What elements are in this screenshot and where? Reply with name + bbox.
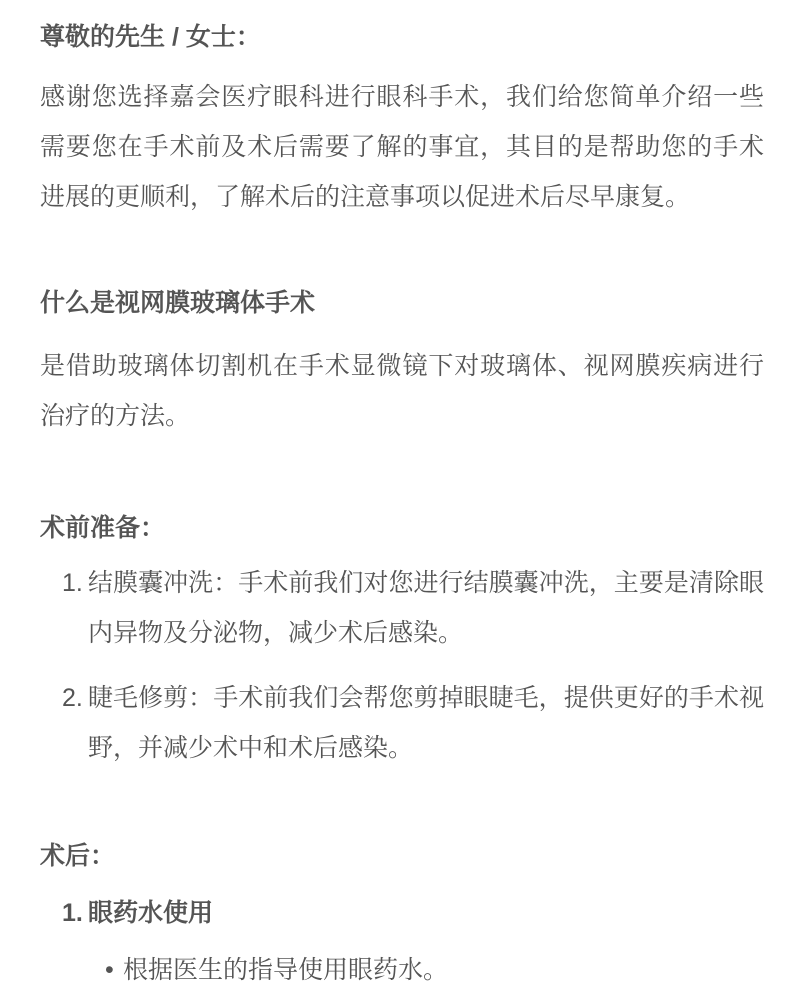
document-page: { "page": { "background": "#ffffff", "te…	[0, 0, 790, 1006]
pre-op-list: 1. 结膜囊冲洗：手术前我们对您进行结膜囊冲洗，主要是清除眼内异物及分泌物，减少…	[40, 558, 764, 773]
salutation-heading: 尊敬的先生 / 女士：	[40, 22, 764, 52]
surgery-instructions-document: 尊敬的先生 / 女士： 感谢您选择嘉会医疗眼科进行眼科手术，我们给您简单介绍一些…	[0, 0, 790, 995]
bullet-text: 根据医生的指导使用眼药水。	[123, 945, 764, 995]
list-item-text: 睫毛修剪：手术前我们会帮您剪掉眼睫毛，提供更好的手术视野，并减少术中和术后感染。	[88, 673, 764, 773]
post-op-list: 1. 眼药水使用	[40, 888, 764, 938]
list-item-number: 2.	[62, 673, 88, 773]
list-item-title: 眼药水使用	[88, 888, 764, 938]
list-item-text: 结膜囊冲洗：手术前我们对您进行结膜囊冲洗，主要是清除眼内异物及分泌物，减少术后感…	[88, 558, 764, 658]
bullet-icon: •	[105, 945, 123, 995]
intro-paragraph: 感谢您选择嘉会医疗眼科进行眼科手术，我们给您简单介绍一些需要您在手术前及术后需要…	[40, 72, 764, 222]
list-item-number: 1.	[62, 558, 88, 658]
list-item: 1. 眼药水使用	[40, 888, 764, 938]
what-is-surgery-heading: 什么是视网膜玻璃体手术	[40, 288, 764, 318]
bullet-item: • 根据医生的指导使用眼药水。	[40, 945, 764, 995]
pre-op-heading: 术前准备：	[40, 513, 764, 543]
list-item: 1. 结膜囊冲洗：手术前我们对您进行结膜囊冲洗，主要是清除眼内异物及分泌物，减少…	[40, 558, 764, 658]
what-is-surgery-body: 是借助玻璃体切割机在手术显微镜下对玻璃体、视网膜疾病进行治疗的方法。	[40, 341, 764, 441]
list-item: 2. 睫毛修剪：手术前我们会帮您剪掉眼睫毛，提供更好的手术视野，并减少术中和术后…	[40, 673, 764, 773]
post-op-bullet-list: • 根据医生的指导使用眼药水。	[40, 945, 764, 995]
list-item-number: 1.	[62, 888, 88, 938]
post-op-heading: 术后：	[40, 841, 764, 871]
